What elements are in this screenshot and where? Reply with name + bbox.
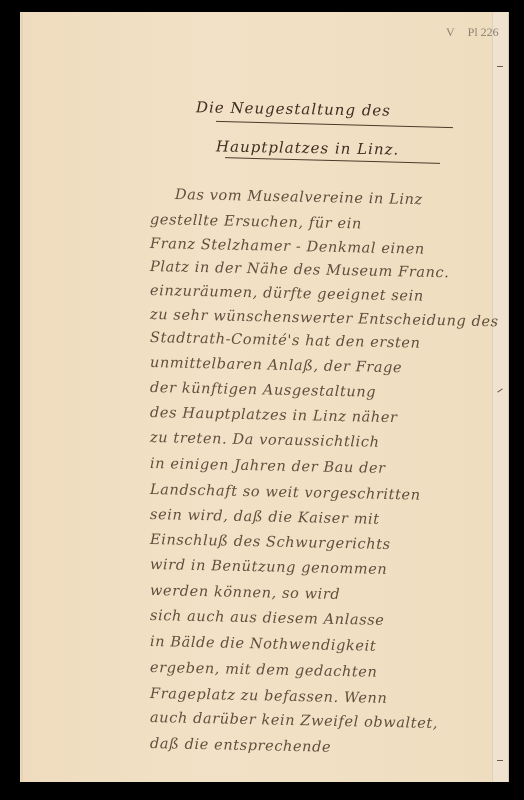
page-fold-edge (21, 12, 23, 782)
folio-number: Pl 226 (468, 25, 499, 39)
edge-ink-mark (497, 66, 503, 67)
edge-ink-mark (497, 760, 503, 761)
volume-number: V (446, 25, 455, 39)
title-line-2: Hauptplatzes in Linz. (216, 137, 400, 158)
title-line-1: Die Neugestaltung des (196, 98, 391, 119)
shelfmark: V Pl 226 (446, 25, 509, 40)
